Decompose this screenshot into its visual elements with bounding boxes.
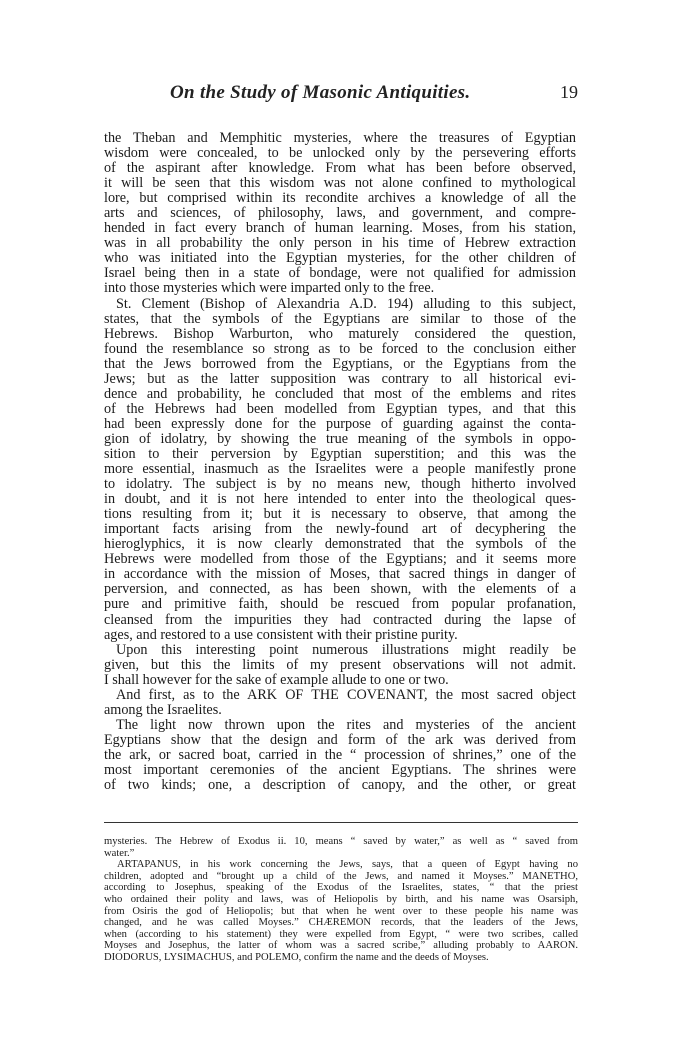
- text-line: in accordance with the mission of Moses,…: [104, 567, 576, 582]
- text-line: lore, but comprised within its recondite…: [104, 191, 576, 206]
- body-text: the Theban and Memphitic mysteries, wher…: [104, 131, 576, 793]
- text-line: tions resulting from it; but it is neces…: [104, 507, 576, 522]
- footnotes: mysteries. The Hebrew of Exodus ii. 10, …: [104, 836, 578, 964]
- text-line: dence and probability, he concluded that…: [104, 387, 576, 402]
- footnote-line: from Osiris the god of Heliopolis; but t…: [104, 906, 578, 918]
- text-line: I shall however for the sake of example …: [104, 673, 576, 688]
- text-line: states, that the symbols of the Egyptian…: [104, 312, 576, 327]
- text-line: that the Jews borrowed from the Egyptian…: [104, 357, 576, 372]
- text-line: Hebrews. Bishop Warburton, who maturely …: [104, 327, 576, 342]
- text-line: gion of idolatry, by showing the true me…: [104, 432, 576, 447]
- paragraph-start-line: Upon this interesting point numerous ill…: [104, 643, 576, 658]
- text-line: ages, and restored to a use consistent w…: [104, 628, 576, 643]
- text-line: it will be seen that this wisdom was not…: [104, 176, 576, 191]
- text-line: was in all probability the only person i…: [104, 236, 576, 251]
- running-title: On the Study of Masonic Antiquities.: [170, 82, 470, 104]
- footnote-line: who ordained their polity and laws, was …: [104, 894, 578, 906]
- text-line: found the resemblance so strong as to be…: [104, 342, 576, 357]
- text-line: the Theban and Memphitic mysteries, wher…: [104, 131, 576, 146]
- footnote-line: Moyses and Josephus, the latter of whom …: [104, 940, 578, 952]
- paragraph-start-line: And first, as to the ARK OF THE COVENANT…: [104, 688, 576, 703]
- footnote-line: water.”: [104, 848, 578, 860]
- footnote-line: children, adopted and “brought up a chil…: [104, 871, 578, 883]
- paragraph-start-line: St. Clement (Bishop of Alexandria A.D. 1…: [104, 297, 576, 312]
- text-line: given, but this the limits of my present…: [104, 658, 576, 673]
- text-line: hieroglyphics, it is now clearly demonst…: [104, 537, 576, 552]
- text-line: to idolatry. The subject is by no means …: [104, 477, 576, 492]
- footnote-divider: [104, 822, 578, 823]
- footnote-line: DIODORUS, LYSIMACHUS, and POLEMO, confir…: [104, 952, 578, 964]
- footnote-paragraph-start: ARTAPANUS, in his work concerning the Je…: [104, 859, 578, 871]
- text-line: perversion, and connected, as has been s…: [104, 582, 576, 597]
- footnote-line: according to Josephus, speaking of the E…: [104, 882, 578, 894]
- text-line: most important ceremonies of the ancient…: [104, 763, 576, 778]
- text-line: of the Hebrews had been modelled from Eg…: [104, 402, 576, 417]
- text-line: wisdom were concealed, to be unlocked on…: [104, 146, 576, 161]
- footnote-line: when (according to his statement) they w…: [104, 929, 578, 941]
- text-line: hended in fact every branch of human lea…: [104, 221, 576, 236]
- paragraph-start-line: The light now thrown upon the rites and …: [104, 718, 576, 733]
- footnote-line: changed, and he was called Moyses.” CHÆR…: [104, 917, 578, 929]
- book-page: On the Study of Masonic Antiquities. 19 …: [0, 0, 680, 1056]
- text-line: Egyptians show that the design and form …: [104, 733, 576, 748]
- text-line: sition to their perversion by Egyptian s…: [104, 447, 576, 462]
- text-line: pure and primitive faith, should be resc…: [104, 597, 576, 612]
- text-line: had been expressly done for the purpose …: [104, 417, 576, 432]
- text-line: Hebrews were modelled from those of the …: [104, 552, 576, 567]
- text-line: the ark, or sacred boat, carried in the …: [104, 748, 576, 763]
- text-line: of two kinds; one, a description of cano…: [104, 778, 576, 793]
- text-line: Jews; but as the latter supposition was …: [104, 372, 576, 387]
- text-line: more essential, inasmuch as the Israelit…: [104, 462, 576, 477]
- text-line: into those mysteries which were imparted…: [104, 281, 576, 296]
- text-line: Israel being then in a state of bondage,…: [104, 266, 576, 281]
- page-header: On the Study of Masonic Antiquities. 19: [170, 82, 580, 106]
- text-line: important facts arising from the newly-f…: [104, 522, 576, 537]
- text-line: in doubt, and it is not here intended to…: [104, 492, 576, 507]
- text-line: arts and sciences, of philosophy, laws, …: [104, 206, 576, 221]
- text-line: cleansed from the impurities they had co…: [104, 613, 576, 628]
- text-line: of the aspirant after knowledge. From wh…: [104, 161, 576, 176]
- page-number: 19: [560, 82, 578, 103]
- text-line: who was initiated into the Egyptian myst…: [104, 251, 576, 266]
- footnote-line: mysteries. The Hebrew of Exodus ii. 10, …: [104, 836, 578, 848]
- text-line: among the Israelites.: [104, 703, 576, 718]
